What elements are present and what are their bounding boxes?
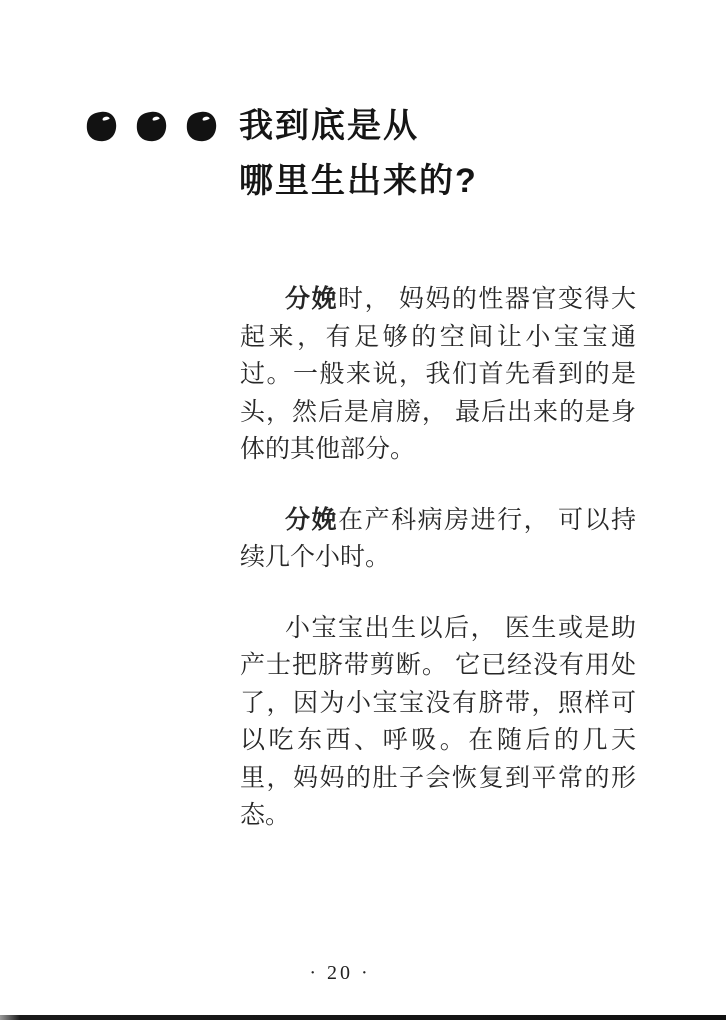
paragraph-2: 分娩在产科病房进行， 可以持续几个小时。 [240,502,636,577]
bottom-rule-divider [0,1015,726,1020]
filled-circle-icon [135,110,168,143]
paragraph-1-lead: 分娩 [285,286,338,313]
page-number: · 20 · [0,962,680,985]
paragraph-2-lead: 分娩 [285,507,338,534]
paragraph-3: 小宝宝出生以后， 医生或是助产士把脐带剪断。 它已经没有用处了，因为小宝宝没有脐… [240,610,636,835]
filled-circle-icon [85,110,118,143]
body-text-column: 分娩时， 妈妈的性器官变得大起来，有足够的空间让小宝宝通过。一般来说，我们首先看… [240,281,636,868]
chapter-title: 我到底是从 哪里生出来的? [239,99,478,209]
filled-circle-icon [185,110,218,143]
paragraph-3-text: 小宝宝出生以后， 医生或是助产士把脐带剪断。 它已经没有用处了，因为小宝宝没有脐… [240,615,636,830]
book-page: 我到底是从 哪里生出来的? 分娩时， 妈妈的性器官变得大起来，有足够的空间让小宝… [0,0,728,1024]
paragraph-1: 分娩时， 妈妈的性器官变得大起来，有足够的空间让小宝宝通过。一般来说，我们首先看… [240,281,636,469]
chapter-title-line-2: 哪里生出来的? [239,154,478,209]
title-bullets [85,110,218,143]
chapter-title-line-1: 我到底是从 [239,99,478,154]
